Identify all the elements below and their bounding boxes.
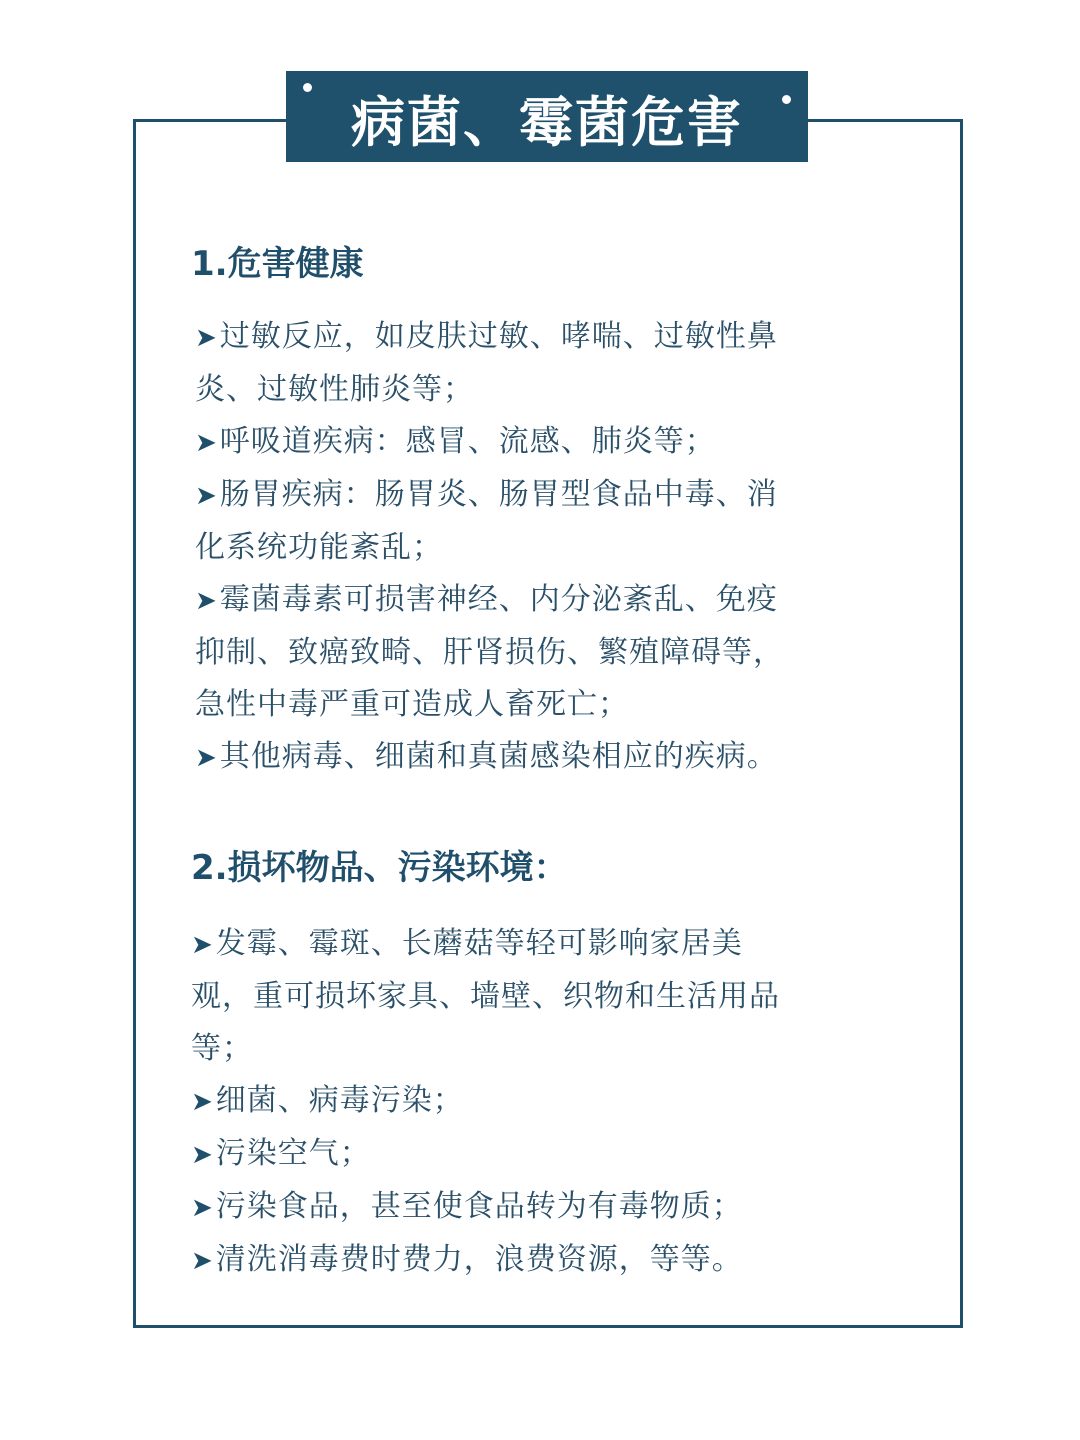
- list-item: ➤污染食品，甚至使食品转为有毒物质；: [191, 1181, 891, 1234]
- page-title: 病菌、霉菌危害: [351, 80, 743, 157]
- arrow-bullet-icon: ➤: [191, 1193, 214, 1223]
- list-item: ➤细菌、病毒污染；: [191, 1075, 891, 1128]
- list-item: ➤霉菌毒素可损害神经、内分泌紊乱、免疫: [195, 574, 895, 627]
- section-heading-environment: 2.损坏物品、污染环境：: [191, 840, 568, 889]
- list-item: ➤肠胃疾病：肠胃炎、肠胃型食品中毒、消: [195, 469, 895, 522]
- section-body-health: ➤过敏反应，如皮肤过敏、哮喘、过敏性鼻 炎、过敏性肺炎等； ➤呼吸道疾病：感冒、…: [195, 311, 895, 784]
- section-body-environment: ➤发霉、霉斑、长蘑菇等轻可影响家居美 观，重可损坏家具、墙壁、织物和生活用品 等…: [191, 918, 891, 1287]
- title-banner: 病菌、霉菌危害: [286, 71, 808, 162]
- list-item: ➤呼吸道疾病：感冒、流感、肺炎等；: [195, 416, 895, 469]
- arrow-bullet-icon: ➤: [191, 930, 214, 960]
- section-heading-health: 1.危害健康: [191, 236, 364, 285]
- list-item: ➤过敏反应，如皮肤过敏、哮喘、过敏性鼻: [195, 311, 895, 364]
- arrow-bullet-icon: ➤: [191, 1140, 214, 1170]
- arrow-bullet-icon: ➤: [195, 481, 218, 511]
- list-item: ➤发霉、霉斑、长蘑菇等轻可影响家居美: [191, 918, 891, 971]
- list-item-continuation: 化系统功能紊乱；: [195, 522, 895, 574]
- list-item-continuation: 抑制、致癌致畸、肝肾损伤、繁殖障碍等，: [195, 627, 895, 679]
- arrow-bullet-icon: ➤: [191, 1246, 214, 1276]
- arrow-bullet-icon: ➤: [195, 743, 218, 773]
- arrow-bullet-icon: ➤: [195, 323, 218, 353]
- dot-decoration-icon: [782, 95, 791, 104]
- list-item: ➤污染空气；: [191, 1128, 891, 1181]
- dot-decoration-icon: [303, 83, 312, 92]
- list-item-continuation: 等；: [191, 1023, 891, 1075]
- arrow-bullet-icon: ➤: [195, 586, 218, 616]
- list-item: ➤清洗消毒费时费力，浪费资源，等等。: [191, 1234, 891, 1287]
- arrow-bullet-icon: ➤: [191, 1087, 214, 1117]
- arrow-bullet-icon: ➤: [195, 428, 218, 458]
- list-item-continuation: 炎、过敏性肺炎等；: [195, 364, 895, 416]
- list-item-continuation: 观，重可损坏家具、墙壁、织物和生活用品: [191, 971, 891, 1023]
- list-item: ➤其他病毒、细菌和真菌感染相应的疾病。: [195, 731, 895, 784]
- list-item-continuation: 急性中毒严重可造成人畜死亡；: [195, 679, 895, 731]
